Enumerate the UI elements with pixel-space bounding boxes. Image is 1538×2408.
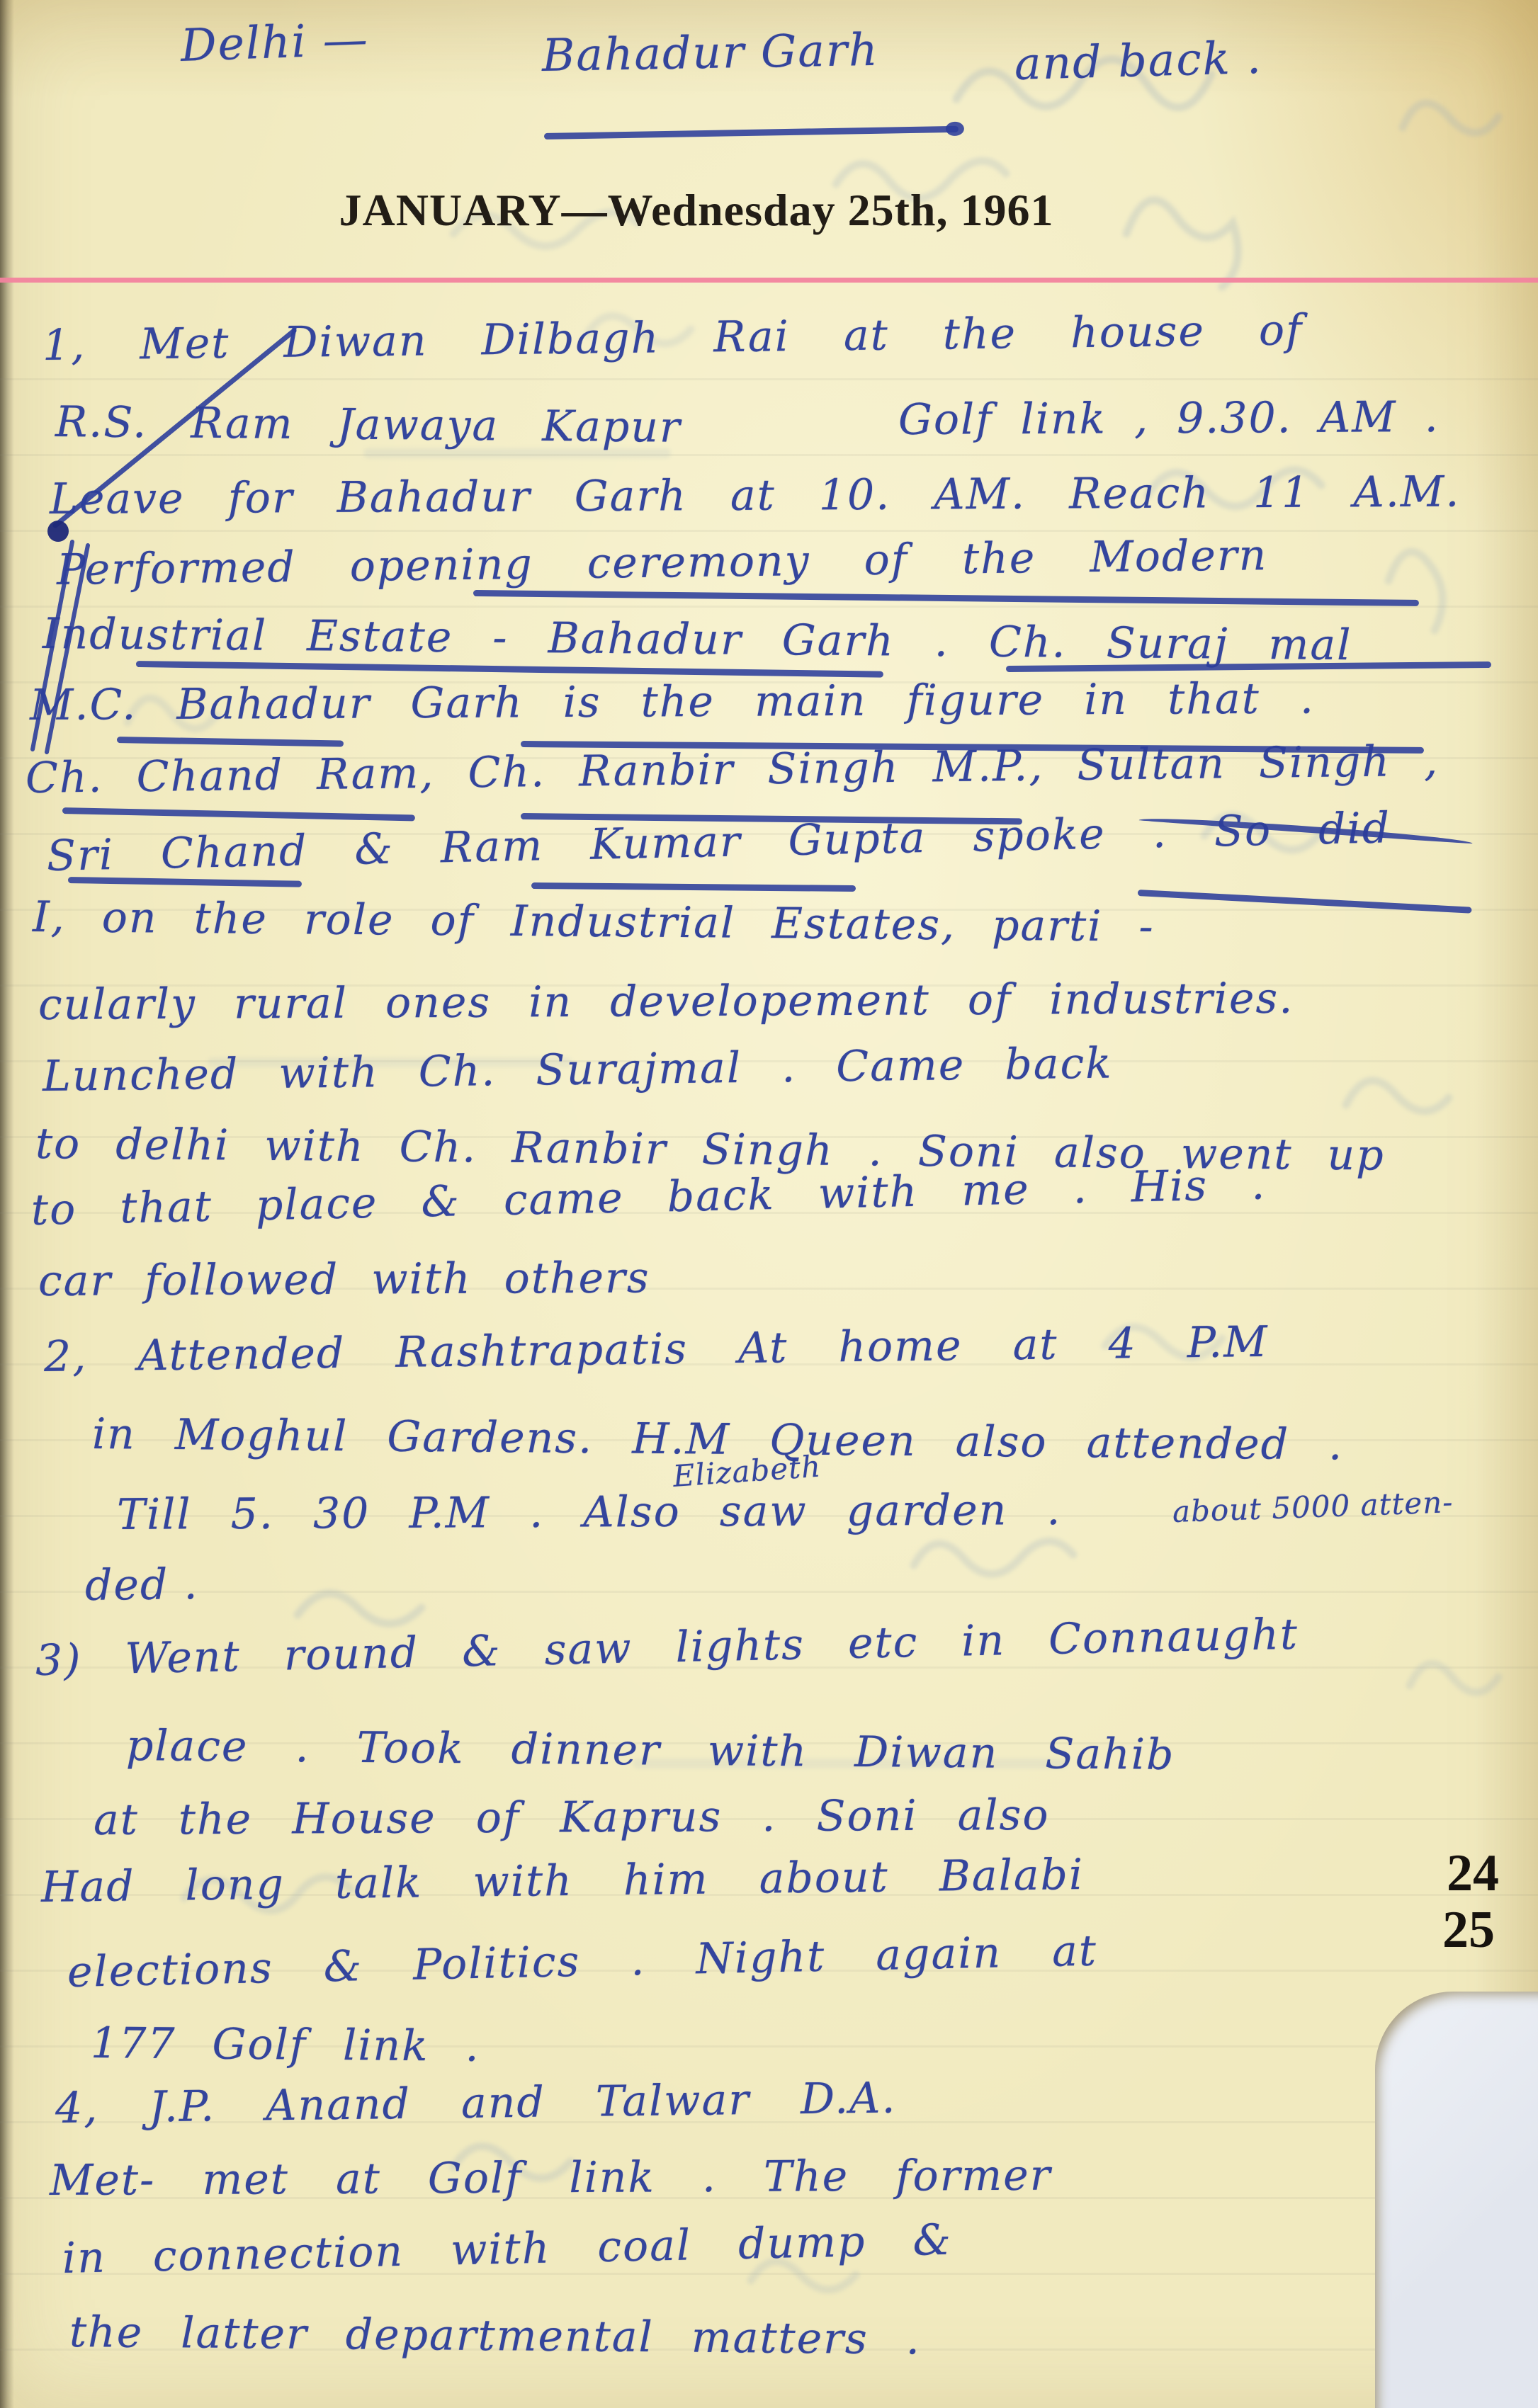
diary-line: to that place & came back with me . His … — [30, 1161, 1267, 1234]
diary-line: car followed with others — [38, 1254, 650, 1305]
ink-underline — [473, 590, 1419, 606]
diary-line: in connection with coal dump & — [62, 2217, 952, 2282]
diary-page-scan: Delhi — Bahadur Garh and back . JANUARY—… — [0, 0, 1538, 2408]
ink-flourish — [1138, 890, 1472, 914]
diary-line: Leave for Bahadur Garh at 10. AM. Reach … — [50, 469, 1461, 523]
diary-line: place . Took dinner with Diwan Sahib — [126, 1722, 1175, 1778]
diary-line: cularly rural ones in developement of in… — [38, 975, 1294, 1028]
title-ink-underline — [544, 126, 959, 140]
trip-title-part3: and back . — [1014, 33, 1263, 89]
diary-line: Till 5. 30 P.M . Also saw garden . — [117, 1487, 1062, 1538]
ink-underline — [68, 877, 302, 887]
diary-line: 1, Met Diwan Dilbagh Rai at the house of — [43, 307, 1304, 369]
ink-underline — [117, 737, 344, 747]
diary-line: at the House of Kaprus . Soni also — [94, 1792, 1050, 1844]
diary-line: Had long talk with him about Balabi — [41, 1851, 1085, 1911]
trip-title-part2: Bahadur Garh — [541, 25, 879, 81]
page-number-top: 24 — [1447, 1847, 1499, 1899]
diary-line: I, on the role of Industrial Estates, pa… — [33, 894, 1155, 950]
diary-line: R.S. Ram Jawaya Kapur — [55, 399, 682, 451]
diary-line: Industrial Estate - Bahadur Garh . Ch. S… — [43, 610, 1352, 669]
diary-line: the latter departmental matters . — [69, 2309, 921, 2363]
diary-line: elections & Politics . Night again at — [67, 1928, 1097, 1996]
page-corner-next-page — [1375, 1992, 1538, 2408]
diary-line: M.C. Bahadur Garh is the main figure in … — [30, 676, 1315, 729]
diary-line: ded . — [85, 1561, 199, 1609]
diary-line: 3) Went round & saw lights etc in Connau… — [35, 1611, 1299, 1684]
diary-line: Performed opening ceremony of the Modern — [57, 532, 1268, 594]
binding-edge-shadow — [0, 0, 14, 2408]
printed-date-header: JANUARY—Wednesday 25th, 1961 — [0, 184, 1393, 237]
diary-line: Lunched with Ch. Surajmal . Came back — [43, 1040, 1113, 1100]
attendance-count-note: about 5000 atten- — [1172, 1486, 1454, 1528]
ink-underline — [62, 807, 415, 821]
pink-margin-rule — [0, 278, 1538, 283]
page-number-bottom: 25 — [1442, 1904, 1495, 1956]
diary-line-right-fragment: Golf link , 9.30. AM . — [898, 394, 1440, 443]
ink-underline — [531, 882, 856, 892]
diary-line: 2, Attended Rashtrapatis At home at 4 P.… — [44, 1319, 1269, 1380]
diary-line: Met- met at Golf link . The former — [50, 2152, 1052, 2204]
diary-line: 177 Golf link . — [91, 2020, 480, 2070]
trip-title-part1: Delhi — — [180, 15, 370, 71]
diary-line: 4, J.P. Anand and Talwar D.A. — [55, 2074, 897, 2132]
